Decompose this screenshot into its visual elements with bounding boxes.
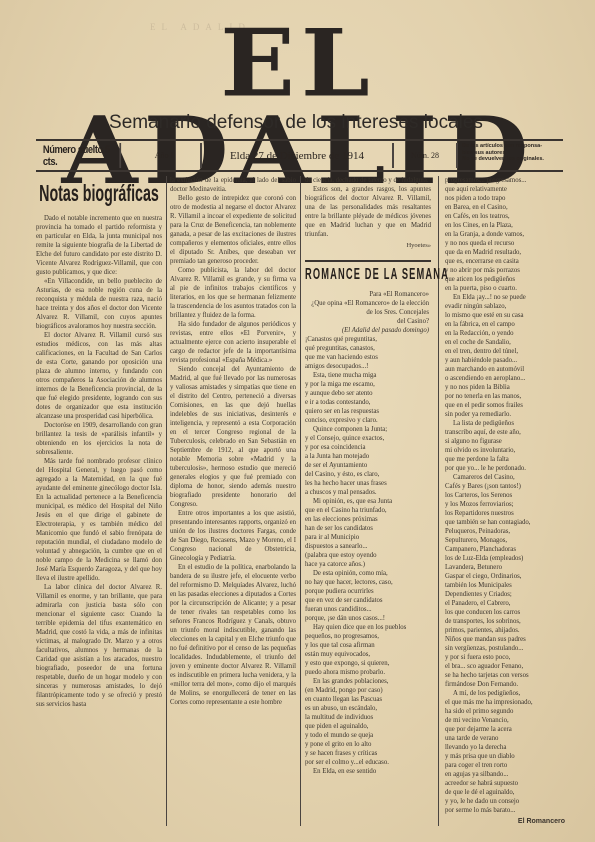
verse-line: amigos desocupados...! (305, 362, 431, 371)
verse-line: que piden el aguinaldo, (305, 722, 431, 731)
verse-line: y el Consejo, quince exactos, (305, 434, 431, 443)
article-paragraph: La labor clínica del doctor Alvarez R. V… (36, 583, 162, 709)
verse-line: en el tren, dentro del túnel, (445, 347, 565, 356)
verse-line: En Elda ¡ay...! no se puede (445, 293, 565, 302)
article-paragraph: Como publicista, la labor del doctor Alv… (170, 266, 296, 320)
verse-line: y no abrir por más porrazos (445, 266, 565, 275)
verse-line: y pone el grito en lo alto (305, 740, 431, 749)
verse-line: aun marchando en automóvil (445, 365, 565, 374)
verse-line: que es, encerrarse en casita (445, 257, 565, 266)
verse-line: Lavandera, Betunero (445, 563, 565, 572)
article-title-romance: ROMANCE DE LA SEMANA (305, 266, 378, 284)
verse-line: en agujas ya silbando... (445, 770, 565, 779)
verse-line: en las elecciones próximas (305, 515, 431, 524)
verse-line: Mi opinión, es, que esa Junta (305, 497, 431, 506)
article-signature: Hyoetes» (305, 241, 431, 250)
verse-line: Peluqueros, Peinadoras, (445, 527, 565, 536)
verse-line: y no nos queda el recurso (445, 239, 565, 248)
verse-line: firmándose Don Fernando. (445, 680, 565, 689)
verse-line: y no nos piden la Biblia (445, 383, 565, 392)
verse-line: a chuscos y mal pensados. (305, 488, 431, 497)
verse-line: Niños que mandan sus padres (445, 635, 565, 644)
issue-info-bar: Número suelto 5 cts. Año I Elda 27 de Di… (36, 143, 563, 168)
verse-line: que me van haciendo estos (305, 353, 431, 362)
romance-signature: El Romancero (445, 817, 565, 826)
verse-line: ¡Canastos qué preguntitas, (305, 335, 431, 344)
verse-line: De esta opinión, como mía, (305, 569, 431, 578)
verse-line: por no tenerla en las manos, (445, 392, 565, 401)
verse-line: conciso, expresivo y claro. (305, 416, 431, 425)
verse-line: dispuestos a sanearlo... (305, 542, 431, 551)
header-rule (36, 139, 563, 141)
verse-line: que aquí relativamente (445, 185, 565, 194)
article-paragraph: la extinción de la epidemia, al lado del… (170, 176, 296, 194)
verse-line: el bra... sco aguador Fenano, (445, 662, 565, 671)
article-paragraph: Más tarde fué nombrado profesor clínico … (36, 457, 162, 583)
verse-line: que por dejarme la acera (445, 725, 565, 734)
verse-line: pequeños, no progresamos, (305, 632, 431, 641)
verse-line: el Panadero, el Cabrero, (445, 599, 565, 608)
verse-line: para ir al Municipio (305, 533, 431, 542)
verse-line: que en el pedir somos frailes (445, 401, 565, 410)
verse-line: Cafés y Bares (¡son tantos!) (445, 482, 565, 491)
verse-line: los de Luz-Elda (empleados) (445, 554, 565, 563)
verse-line: por que yo... le he perdonado. (445, 464, 565, 473)
verse-line: por ser el colmo y...el educaso. (305, 758, 431, 767)
verse-line: primos, parientes, ahijados. (445, 626, 565, 635)
verse-line: y por esa coincidencia (305, 443, 431, 452)
header-rule-bottom (36, 170, 563, 172)
verse-line: ha sido el primo segundo (445, 707, 565, 716)
verse-line: quiero ser en las respuestas (305, 407, 431, 416)
verse-line: en el coche de Sandalio, (445, 338, 565, 347)
verse-line: evadir ningún sablazo, (445, 302, 565, 311)
verse-line: que da en Madrid resultado, (445, 248, 565, 257)
article-title-notas: Notas biográficas (35, 180, 163, 206)
article-paragraph: Siendo concejal del Ayuntamiento de Madr… (170, 365, 296, 509)
article-paragraph: «En Villacondide, un bello pueblecito de… (36, 277, 162, 331)
article-paragraph: Estos son, a grandes rasgos, los apuntes… (305, 185, 431, 239)
verse-line: hace ya catorce años.) (305, 560, 431, 569)
verse-line: y esto que expongo, si quieren, (305, 659, 431, 668)
column-2: la extinción de la epidemia, al lado del… (170, 176, 296, 707)
verse-line: Sepulturero, Monagos, (445, 536, 565, 545)
verse-line: En las grandes poblaciones, (305, 677, 431, 686)
verse-line: a la Junta han motejado (305, 452, 431, 461)
verse-line: en la Redacción, o yendo (445, 329, 565, 338)
editorial-note: De los artículos son responsa- bles sus … (458, 143, 563, 168)
verse-line: y los Mozos ferroviarios; (445, 500, 565, 509)
verse-line: que aticen los pedigüeños (445, 275, 565, 284)
verse-line: e ir a todas contestando, (305, 398, 431, 407)
verse-line: no hay que hacer, lectores, caso, (305, 578, 431, 587)
verse-line: Campanero, Planchadoras (445, 545, 565, 554)
verse-line: los que conducen los carros (445, 608, 565, 617)
verse-line: Dependientes y Criados; (445, 590, 565, 599)
verse-line: sin vergüenzas, postulando... (445, 644, 565, 653)
verse-line: en la fábrica, en el campo (445, 320, 565, 329)
verse-line: si alguno no figurase (445, 437, 565, 446)
verse-line: porque, ¡se dán unos casos...! (305, 614, 431, 623)
verse-line: y más prisa que un diablo (445, 752, 565, 761)
verse-line: mi olvido es involuntario, (445, 446, 565, 455)
verse-line: por serme lo más barato... (445, 806, 565, 815)
verse-line: para coger el tren rorto (445, 761, 565, 770)
verse-line: el que más me ha impresionado, (445, 698, 565, 707)
verse-line: en cuanto llegan las Pascuas (305, 695, 431, 704)
article-paragraph: Entre otros importantes a los que asisti… (170, 509, 296, 563)
verse-line: y por la miga me escamo, (305, 380, 431, 389)
verse-line: de mi vecino Venancio, (445, 716, 565, 725)
article-paragraph: Ha sido fundador de algunos periódicos y… (170, 320, 296, 365)
verse-line: también los Municipales (445, 581, 565, 590)
verse-line: los Carteros, los Serenos (445, 491, 565, 500)
verse-line: transcribo aquí, de este año, (445, 428, 565, 437)
verse-line: (en Madrid, pongo por caso) (305, 686, 431, 695)
verse-line: nos piden a todo trapo (445, 194, 565, 203)
verse-line: del Casino, y ésto, es claro, (305, 470, 431, 479)
verse-line: En Elda, en ese sentido (305, 767, 431, 776)
verse-line: han de ser los candidatos (305, 524, 431, 533)
verse-line: La lista de pedigüeños (445, 419, 565, 428)
romance-epigraph: Para «El Romancero» ¿Que opina «El Roman… (305, 290, 431, 335)
verse-line: Hay quien dice que en los pueblos (305, 623, 431, 632)
verse-line: de transportes, los sobrinos, (445, 617, 565, 626)
verse-line: los Repartidores nuestros (445, 509, 565, 518)
verse-line: y aunque debo ser atento (305, 389, 431, 398)
verse-line: de ser el Ayuntamiento (305, 461, 431, 470)
issue-price: Número suelto 5 cts. (43, 143, 121, 168)
verse-line: que también se han contagiado, (445, 518, 565, 527)
verse-line: la multitud de individuos (305, 713, 431, 722)
verse-line: les ha hecho hacer unas frases (305, 479, 431, 488)
verse-line: sin poder ya remediarlo. (445, 410, 565, 419)
romance-verses-part1: ¡Canastos qué preguntitas,qué preguntita… (305, 335, 431, 776)
column-divider (300, 176, 301, 826)
verse-line: y aun habiéndole pasado... (445, 356, 565, 365)
verse-line: fueran unos candiditos... (305, 605, 431, 614)
column-1: Notas biográficas Dado el notable increm… (36, 176, 162, 709)
verse-line: se ha hecho tarjetas con versos (445, 671, 565, 680)
verse-line: Quince componen la Junta; (305, 425, 431, 434)
issue-date: Elda 27 de Diciembre de 1914 (202, 143, 394, 168)
verse-line: de que le dé el aguinaldo, (445, 788, 565, 797)
verse-line: que en el Casino ha triunfado, (305, 506, 431, 515)
verse-line: progresamos... progresamos... (445, 176, 565, 185)
verse-line: que en vez de ser candidatos (305, 596, 431, 605)
verse-line: una tarde de verano (445, 734, 565, 743)
issue-year: Año I (128, 143, 202, 168)
column-3: de ciencia, dechado de talento y de hida… (305, 176, 431, 776)
verse-line: y los que tal cosa afirman (305, 641, 431, 650)
verse-line: llevando yo la derecha (445, 743, 565, 752)
verse-line: y yo, le he dado un consejo (445, 797, 565, 806)
article-paragraph: En el estudio de la política, enarboland… (170, 563, 296, 707)
verse-line: en los Cines, en la Plaza, (445, 221, 565, 230)
romance-verses-part2: progresamos... progresamos...que aquí re… (445, 176, 565, 815)
verse-line: porque pudiera ocurrirles (305, 587, 431, 596)
column-divider (166, 176, 167, 826)
verse-line: (palabra que estoy oyendo (305, 551, 431, 560)
verse-line: en la puerta, piso o cuarto. (445, 284, 565, 293)
newspaper-subtitle: Semanario defensor de los intereses loca… (36, 112, 556, 134)
article-paragraph: Doctoróse en 1909, desarrollando con gra… (36, 421, 162, 457)
issue-number: Núm. 28 (394, 143, 458, 168)
verse-line: y por si fuera esto poco, (445, 653, 565, 662)
article-paragraph: de ciencia, dechado de talento y de hida… (305, 176, 431, 185)
verse-line: es un abuso, un escándalo, (305, 704, 431, 713)
verse-line: Esta, tiene mucha miga (305, 371, 431, 380)
verse-line: Gaspar el ciego, Ordinarios, (445, 572, 565, 581)
verse-line: en la Granja, a donde vamos, (445, 230, 565, 239)
verse-line: y se hacen frases y críticas (305, 749, 431, 758)
verse-line: acreedor se habrá supuesto (445, 779, 565, 788)
verse-line: en Cafés, en los teatros, (445, 212, 565, 221)
verse-line: Camareros del Casino, (445, 473, 565, 482)
article-paragraph: Dado el notable incremento que en nuestr… (36, 214, 162, 277)
verse-line: lo mismo que esté en su casa (445, 311, 565, 320)
verse-line: o ascendiendo en aeroplano... (445, 374, 565, 383)
verse-line: puedo ahora mismo probarlo. (305, 668, 431, 677)
verse-line: están muy equivocados, (305, 650, 431, 659)
verse-line: que me perdone la falta (445, 455, 565, 464)
verse-line: A mí, de los pedigüeños, (445, 689, 565, 698)
verse-line: en Barea, en el Casino, (445, 203, 565, 212)
article-paragraph: Bello gesto de intrepidez que coronó con… (170, 194, 296, 266)
newspaper-title: EL ADALID (38, 20, 558, 107)
column-4: progresamos... progresamos...que aquí re… (445, 176, 565, 826)
article-paragraph: El doctor Alvarez R. Villamil cursó sus … (36, 331, 162, 421)
verse-line: qué preguntitas, canastos, (305, 344, 431, 353)
section-separator (305, 260, 431, 262)
verse-line: y todo el mundo se queja (305, 731, 431, 740)
